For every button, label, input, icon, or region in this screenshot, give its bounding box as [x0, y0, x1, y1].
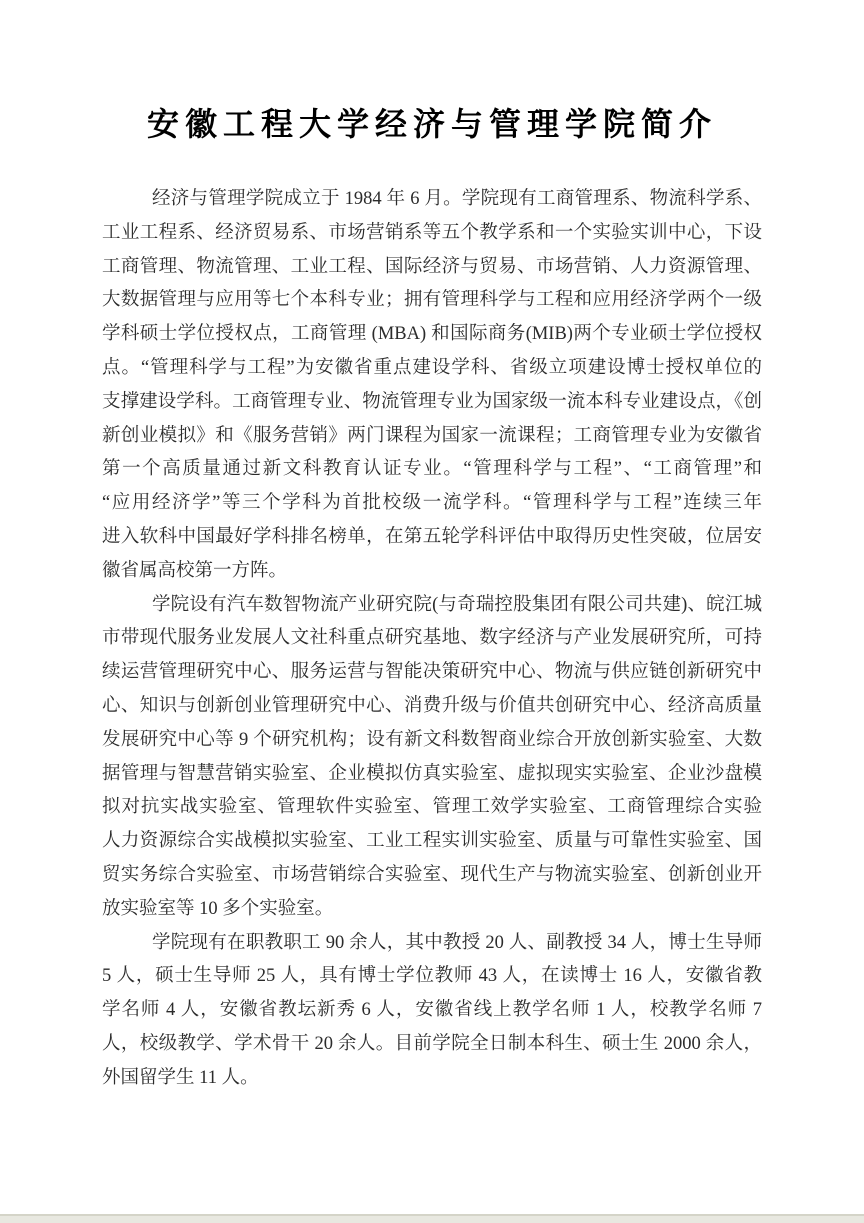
text-line: “应用经济学”等三个学科为首批校级一流学科。“管理科学与工程”连续三年 [102, 487, 762, 521]
text-line: 续运营管理研究中心、服务运营与智能决策研究中心、物流与供应链创新研究中 [102, 656, 762, 690]
text-line: 新创业模拟》和《服务营销》两门课程为国家一流课程；工商管理专业为安徽省 [102, 420, 762, 454]
document-body: 经济与管理学院成立于 1984 年 6 月。学院现有工商管理系、物流科学系、工业… [102, 183, 762, 1096]
text-line: 放实验室等 10 多个实验室。 [102, 893, 762, 927]
text-line: 大数据管理与应用等七个本科专业；拥有管理科学与工程和应用经济学两个一级 [102, 284, 762, 318]
text-line: 5 人，硕士生导师 25 人，具有博士学位教师 43 人，在读博士 16 人，安… [102, 960, 762, 994]
text-line: 学名师 4 人，安徽省教坛新秀 6 人，安徽省线上教学名师 1 人，校教学名师 … [102, 994, 762, 1028]
page-bottom-edge [0, 1214, 864, 1223]
text-line: 工业工程系、经济贸易系、市场营销系等五个教学系和一个实验实训中心，下设 [102, 217, 762, 251]
text-line: 点。“管理科学与工程”为安徽省重点建设学科、省级立项建设博士授权单位的 [102, 352, 762, 386]
text-line: 据管理与智慧营销实验室、企业模拟仿真实验室、虚拟现实实验室、企业沙盘模 [102, 758, 762, 792]
text-line: 经济与管理学院成立于 1984 年 6 月。学院现有工商管理系、物流科学系、 [102, 183, 762, 217]
text-line: 贸实务综合实验室、市场营销综合实验室、现代生产与物流实验室、创新创业开 [102, 859, 762, 893]
paragraph-research-labs: 学院设有汽车数智物流产业研究院(与奇瑞控股集团有限公司共建)、皖江城市带现代服务… [102, 589, 762, 927]
text-line: 人，校级教学、学术骨干 20 余人。目前学院全日制本科生、硕士生 2000 余人… [102, 1028, 762, 1062]
text-line: 学科硕士学位授权点，工商管理 (MBA) 和国际商务(MIB)两个专业硕士学位授… [102, 318, 762, 352]
document-title: 安徽工程大学经济与管理学院简介 [0, 0, 864, 147]
text-line: 心、知识与创新创业管理研究中心、消费升级与价值共创研究中心、经济高质量 [102, 690, 762, 724]
text-line: 工商管理、物流管理、工业工程、国际经济与贸易、市场营销、人力资源管理、 [102, 251, 762, 285]
text-line: 第一个高质量通过新文科教育认证专业。“管理科学与工程”、“工商管理”和 [102, 453, 762, 487]
text-line: 外国留学生 11 人。 [102, 1062, 762, 1096]
text-line: 学院设有汽车数智物流产业研究院(与奇瑞控股集团有限公司共建)、皖江城 [102, 589, 762, 623]
text-line: 学院现有在职教职工 90 余人，其中教授 20 人、副教授 34 人，博士生导师 [102, 927, 762, 961]
text-line: 市带现代服务业发展人文社科重点研究基地、数字经济与产业发展研究所，可持 [102, 622, 762, 656]
paragraph-faculty-students: 学院现有在职教职工 90 余人，其中教授 20 人、副教授 34 人，博士生导师… [102, 927, 762, 1096]
text-line: 徽省属高校第一方阵。 [102, 555, 762, 589]
text-line: 进入软科中国最好学科排名榜单，在第五轮学科评估中取得历史性突破，位居安 [102, 521, 762, 555]
document-page: 安徽工程大学经济与管理学院简介 经济与管理学院成立于 1984 年 6 月。学院… [0, 0, 864, 1223]
text-line: 发展研究中心等 9 个研究机构；设有新文科数智商业综合开放创新实验室、大数 [102, 724, 762, 758]
paragraph-overview: 经济与管理学院成立于 1984 年 6 月。学院现有工商管理系、物流科学系、工业… [102, 183, 762, 589]
text-line: 人力资源综合实战模拟实验室、工业工程实训实验室、质量与可靠性实验室、国 [102, 825, 762, 859]
text-line: 拟对抗实战实验室、管理软件实验室、管理工效学实验室、工商管理综合实验室、 [102, 791, 762, 825]
text-line: 支撑建设学科。工商管理专业、物流管理专业为国家级一流本科专业建设点，《创 [102, 386, 762, 420]
